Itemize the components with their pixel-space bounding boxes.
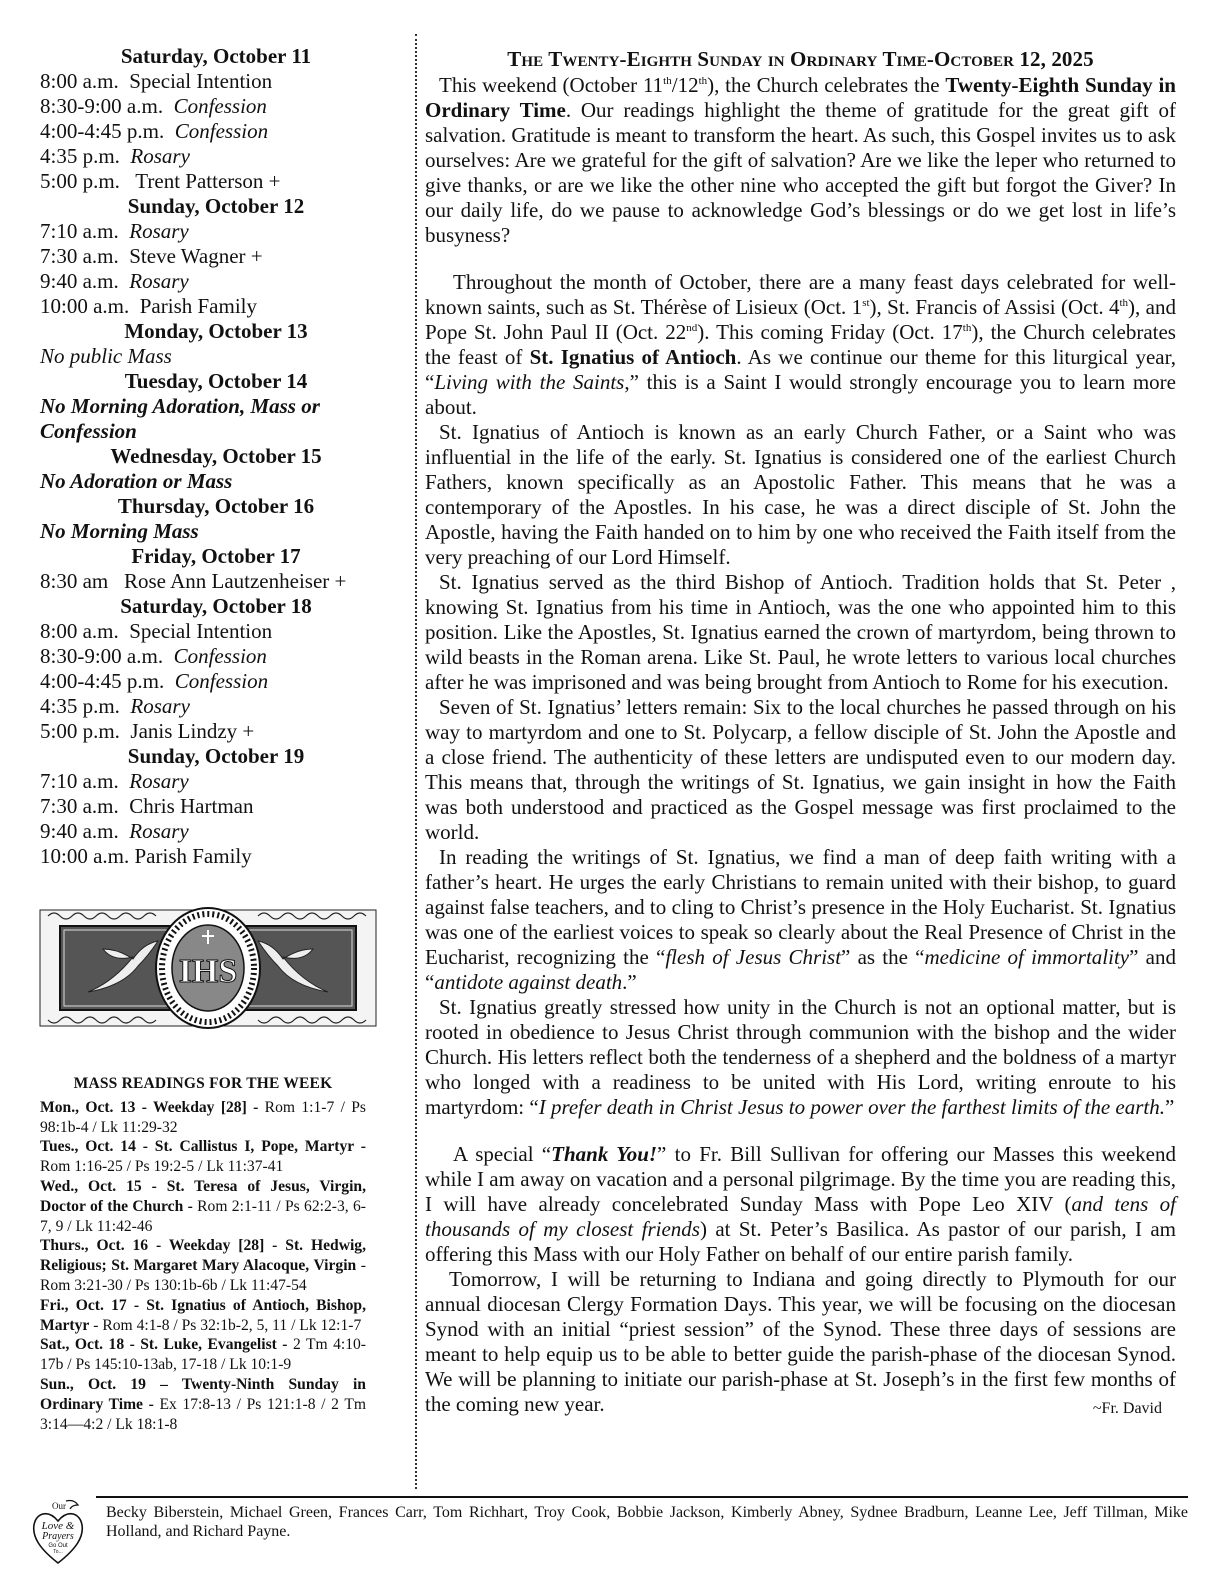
column-divider <box>415 34 417 1489</box>
svg-text:IHS: IHS <box>179 953 238 990</box>
mass-schedule: Saturday, October 11 8:00 a.m. Special I… <box>40 44 392 869</box>
schedule-entry: 7:30 a.m. Chris Hartman <box>40 794 392 819</box>
day-block: Sunday, October 19 7:10 a.m. Rosary 7:30… <box>40 744 392 869</box>
schedule-entry: 4:00-4:45 p.m. Confession <box>40 119 392 144</box>
schedule-entry: 4:00-4:45 p.m. Confession <box>40 669 392 694</box>
schedule-entry: 9:40 a.m. Rosary <box>40 269 392 294</box>
paragraph: This weekend (October 11th/12th), the Ch… <box>425 73 1176 248</box>
reading-item: Sat., Oct. 18 - St. Luke, Evangelist - 2… <box>40 1335 366 1375</box>
day-block: Friday, October 17 8:30 am Rose Ann Laut… <box>40 544 392 594</box>
prayer-list-names: Becky Biberstein, Michael Green, Frances… <box>106 1503 1188 1541</box>
svg-text:Our: Our <box>52 1501 66 1511</box>
day-heading: Saturday, October 11 <box>40 44 392 69</box>
reading-item: Sun., Oct. 19 – Twenty-Ninth Sunday in O… <box>40 1375 366 1434</box>
paragraph: In reading the writings of St. Ignatius,… <box>425 845 1176 995</box>
reading-item: Fri., Oct. 17 - St. Ignatius of Antioch,… <box>40 1296 366 1336</box>
paragraph: A special “Thank You!” to Fr. Bill Sulli… <box>425 1142 1176 1267</box>
schedule-entry: 7:30 a.m. Steve Wagner + <box>40 244 392 269</box>
day-heading: Thursday, October 16 <box>40 494 392 519</box>
svg-text:To...: To... <box>53 1549 62 1555</box>
reading-item: Tues., Oct. 14 - St. Callistus I, Pope, … <box>40 1137 366 1177</box>
schedule-entry: 10:00 a.m. Parish Family <box>40 844 392 869</box>
day-block: Monday, October 13 No public Mass <box>40 319 392 369</box>
day-heading: Monday, October 13 <box>40 319 392 344</box>
article-title: The Twenty-Eighth Sunday in Ordinary Tim… <box>425 47 1176 72</box>
day-heading: Sunday, October 19 <box>40 744 392 769</box>
ihs-christogram-icon: IHS <box>38 902 378 1034</box>
schedule-entry: 8:00 a.m. Special Intention <box>40 69 392 94</box>
schedule-entry: 5:00 p.m. Janis Lindzy + <box>40 719 392 744</box>
mass-readings: MASS READINGS FOR THE WEEK Mon., Oct. 13… <box>40 1074 366 1434</box>
day-block: Saturday, October 11 8:00 a.m. Special I… <box>40 44 392 194</box>
schedule-entry: 8:30-9:00 a.m. Confession <box>40 94 392 119</box>
readings-title: MASS READINGS FOR THE WEEK <box>40 1074 366 1094</box>
day-heading: Friday, October 17 <box>40 544 392 569</box>
schedule-note: No public Mass <box>40 344 392 369</box>
reading-item: Wed., Oct. 15 - St. Teresa of Jesus, Vir… <box>40 1177 366 1236</box>
schedule-entry: 4:35 p.m. Rosary <box>40 694 392 719</box>
schedule-entry: 8:30-9:00 a.m. Confession <box>40 644 392 669</box>
schedule-entry: 8:30 am Rose Ann Lautzenheiser + <box>40 569 392 594</box>
day-block: Sunday, October 12 7:10 a.m. Rosary 7:30… <box>40 194 392 319</box>
schedule-entry: 7:10 a.m. Rosary <box>40 769 392 794</box>
schedule-entry: 8:00 a.m. Special Intention <box>40 619 392 644</box>
schedule-entry: 10:00 a.m. Parish Family <box>40 294 392 319</box>
footer-rule <box>96 1496 1188 1498</box>
schedule-note: No Morning Adoration, Mass or Confession <box>40 394 392 444</box>
pastor-article: The Twenty-Eighth Sunday in Ordinary Tim… <box>425 47 1176 1421</box>
paragraph: St. Ignatius greatly stressed how unity … <box>425 995 1176 1120</box>
schedule-note: No Adoration or Mass <box>40 469 392 494</box>
svg-text:Prayers: Prayers <box>41 1531 74 1542</box>
reading-item: Thurs., Oct. 16 - Weekday [28] - St. Hed… <box>40 1236 366 1295</box>
paragraph: Throughout the month of October, there a… <box>425 270 1176 420</box>
heart-prayers-logo-icon: Our Love & Prayers Go Out To... <box>30 1497 86 1567</box>
day-heading: Saturday, October 18 <box>40 594 392 619</box>
day-heading: Wednesday, October 15 <box>40 444 392 469</box>
schedule-note: No Morning Mass <box>40 519 392 544</box>
paragraph: St. Ignatius served as the third Bishop … <box>425 570 1176 695</box>
day-heading: Sunday, October 12 <box>40 194 392 219</box>
schedule-entry: 5:00 p.m. Trent Patterson + <box>40 169 392 194</box>
reading-item: Mon., Oct. 13 - Weekday [28] - Rom 1:1-7… <box>40 1098 366 1138</box>
schedule-entry: 7:10 a.m. Rosary <box>40 219 392 244</box>
paragraph: Tomorrow, I will be returning to Indiana… <box>425 1267 1176 1417</box>
paragraph: Seven of St. Ignatius’ letters remain: S… <box>425 695 1176 845</box>
day-block: Saturday, October 18 8:00 a.m. Special I… <box>40 594 392 744</box>
day-block: Thursday, October 16 No Morning Mass <box>40 494 392 544</box>
schedule-entry: 4:35 p.m. Rosary <box>40 144 392 169</box>
day-block: Wednesday, October 15 No Adoration or Ma… <box>40 444 392 494</box>
paragraph: St. Ignatius of Antioch is known as an e… <box>425 420 1176 570</box>
schedule-entry: 9:40 a.m. Rosary <box>40 819 392 844</box>
day-block: Tuesday, October 14 No Morning Adoration… <box>40 369 392 444</box>
day-heading: Tuesday, October 14 <box>40 369 392 394</box>
signature: ~Fr. David <box>1069 1396 1162 1421</box>
